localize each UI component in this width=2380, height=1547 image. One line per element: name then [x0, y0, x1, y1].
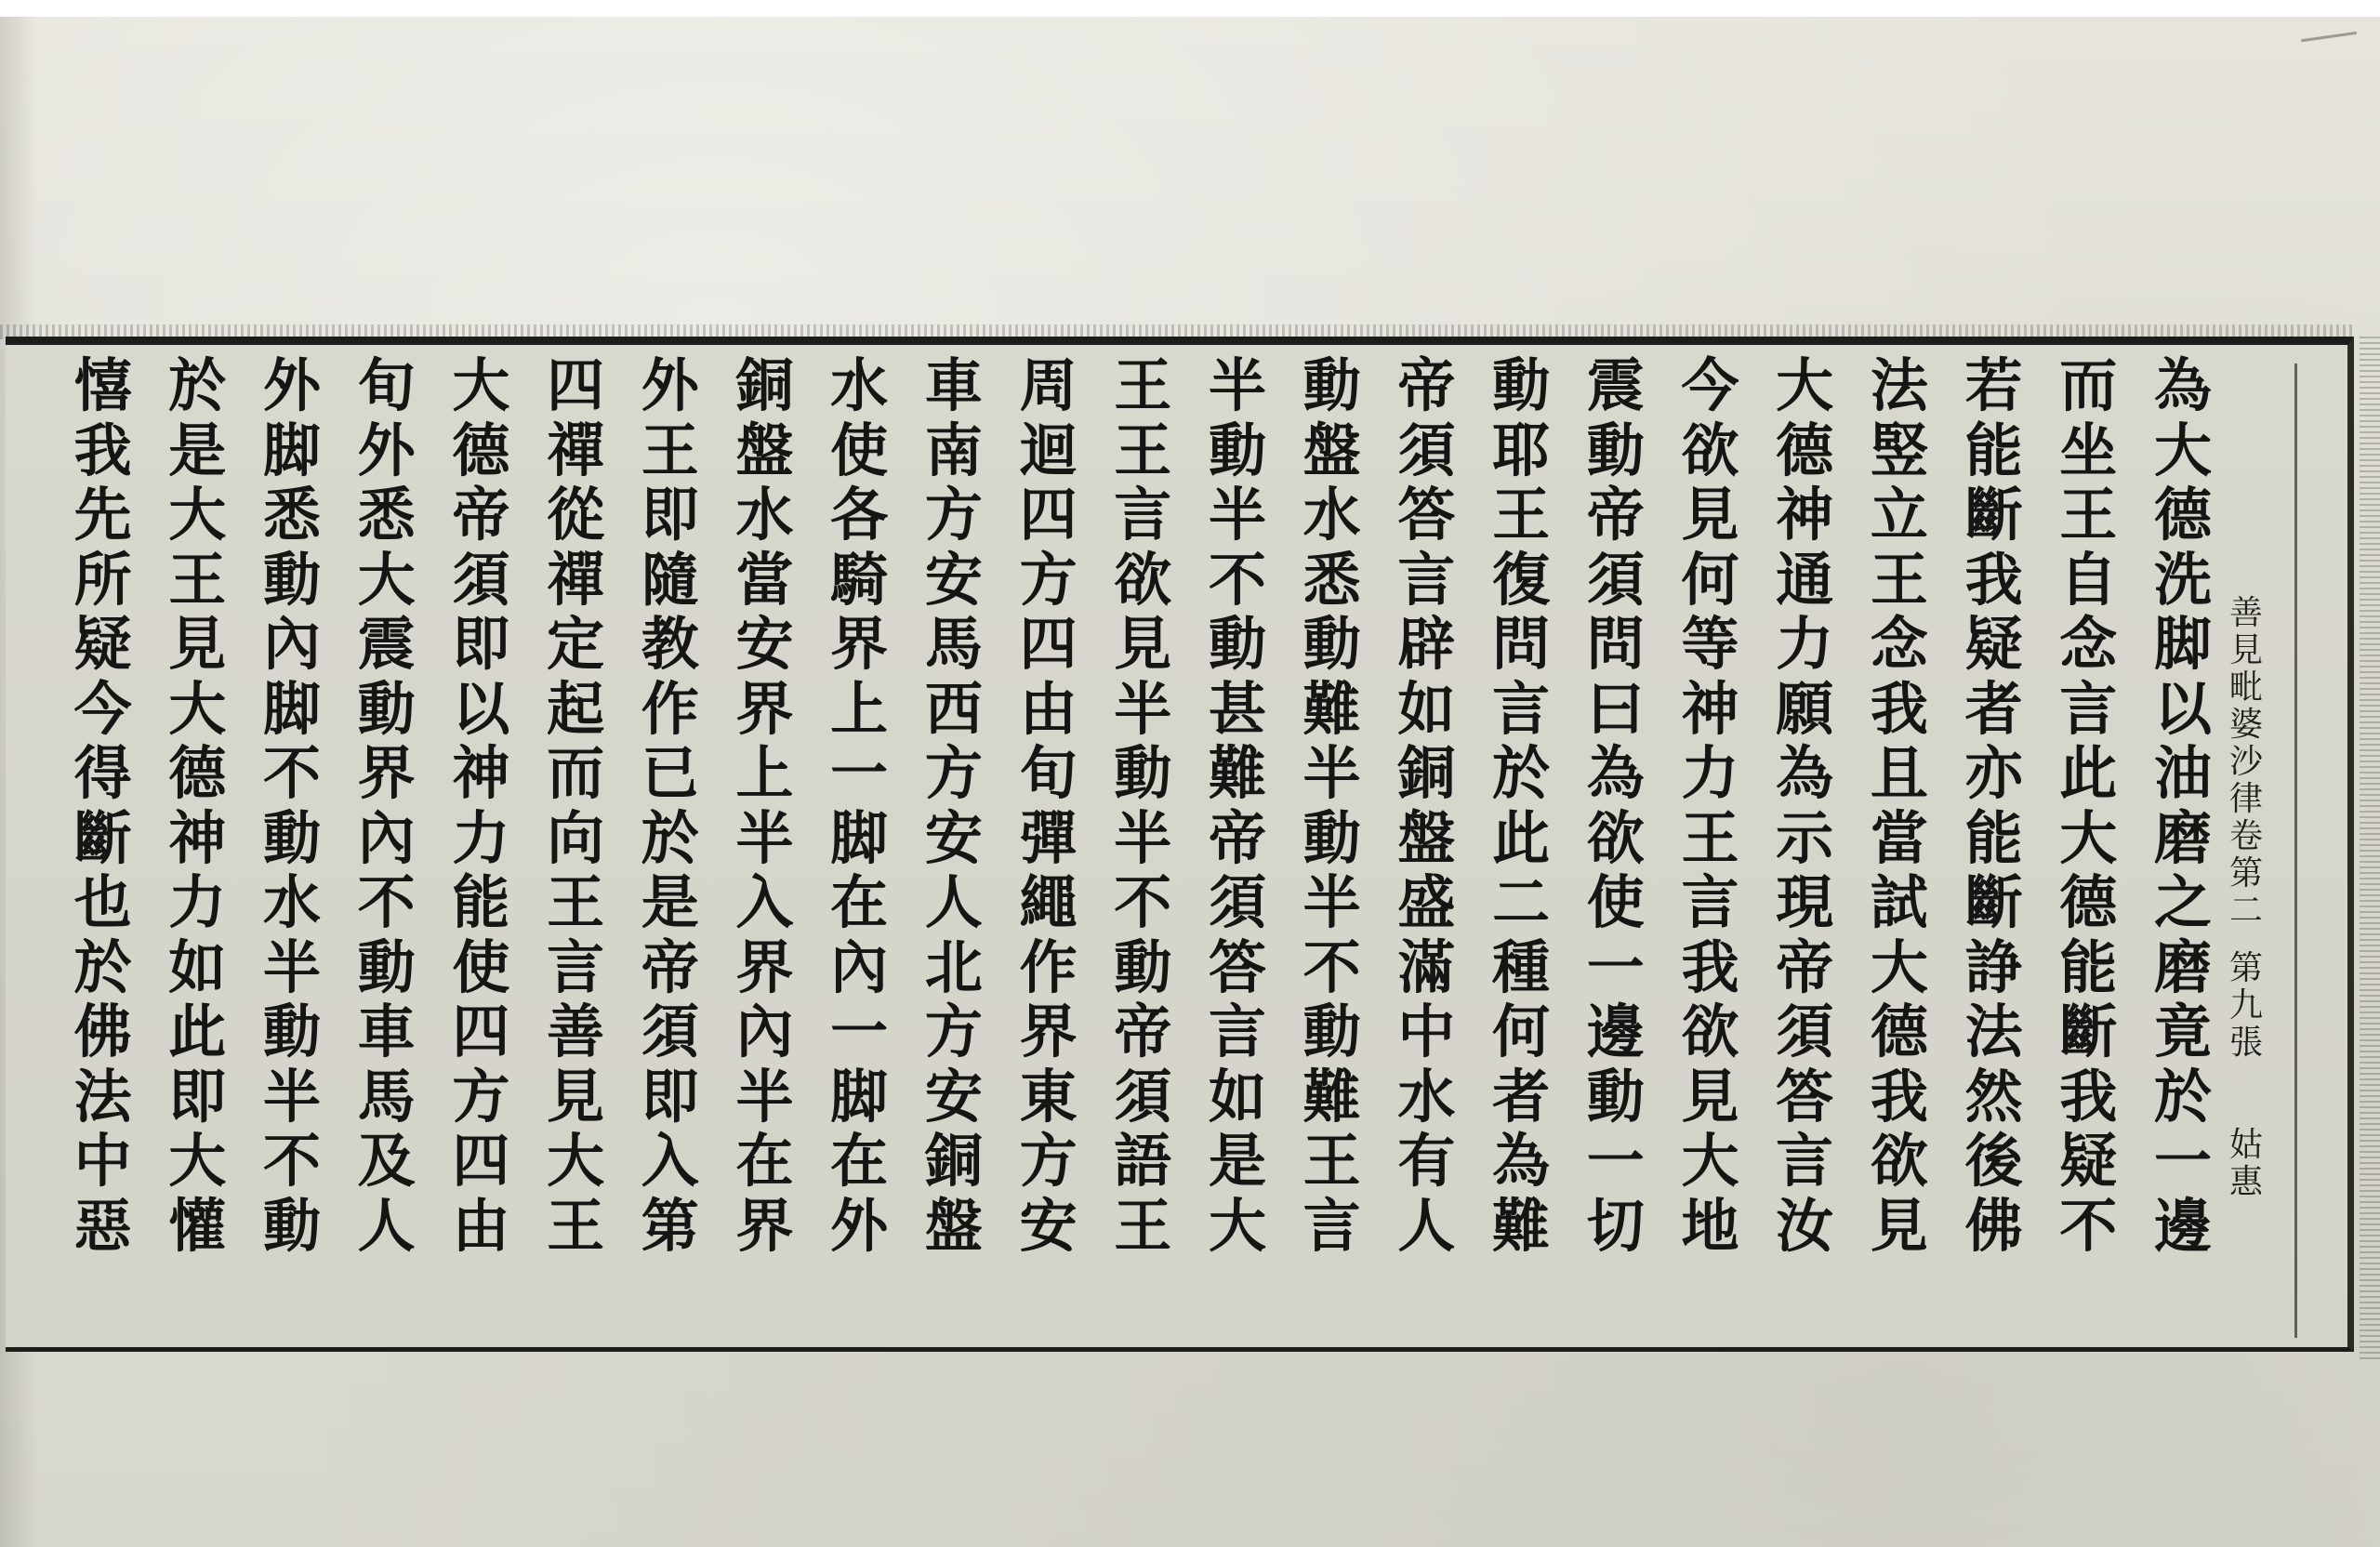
character: 帝: [443, 483, 518, 548]
character: 見: [1862, 1194, 1937, 1259]
character: 一: [2146, 1129, 2220, 1194]
character: 今: [1673, 353, 1748, 418]
character: 辟: [1389, 612, 1463, 677]
character: 外: [633, 353, 707, 418]
margin-engraver-mark: 姑惠: [2224, 1127, 2268, 1201]
character: 立: [1862, 483, 1937, 548]
character: 在: [728, 1129, 802, 1194]
character: 方: [1011, 1129, 1086, 1194]
character: 力: [1673, 741, 1748, 806]
character: 安: [1011, 1194, 1086, 1259]
character: 復: [1484, 548, 1558, 613]
character: 不: [1105, 870, 1180, 935]
character: 答: [1767, 1064, 1842, 1130]
character: 且: [1862, 741, 1937, 806]
character: 惡: [66, 1194, 140, 1259]
character: 憘: [66, 353, 140, 418]
character: 大: [1673, 1129, 1748, 1194]
character: 即: [633, 483, 707, 548]
margin-rule: [2294, 364, 2297, 1338]
character: 所: [66, 548, 140, 613]
character: 我: [1862, 1064, 1937, 1130]
character: 不: [2051, 1194, 2125, 1259]
character: 何: [1484, 999, 1558, 1064]
character: 使: [1579, 870, 1653, 935]
character: 震: [350, 612, 424, 677]
character: 我: [66, 418, 140, 483]
character: 界: [822, 612, 896, 677]
character: 王: [1295, 1129, 1369, 1194]
character: 外: [255, 353, 329, 418]
character: 界: [728, 935, 802, 1000]
character: 如: [1389, 677, 1463, 742]
character: 疑: [1957, 612, 2031, 677]
text-column: 而坐王自念言此大德能斷我疑不: [2051, 353, 2125, 1258]
character: 自: [2051, 548, 2125, 613]
margin-character: 二: [2224, 892, 2268, 930]
character: 大: [2051, 806, 2125, 871]
character: 第: [633, 1194, 707, 1259]
right-edge-border: [2360, 337, 2380, 1359]
character: 磨: [2146, 935, 2220, 1000]
character: 禪: [538, 418, 613, 483]
character: 悉: [1295, 548, 1369, 613]
character: 言: [1389, 548, 1463, 613]
character: 內: [728, 999, 802, 1064]
character: 見: [1673, 1064, 1748, 1130]
character: 帝: [633, 935, 707, 1000]
character: 後: [1957, 1129, 2031, 1194]
character: 大: [350, 548, 424, 613]
character: 者: [1484, 1064, 1558, 1130]
character: 脚: [255, 418, 329, 483]
character: 德: [443, 418, 518, 483]
corner-mark: [2301, 32, 2359, 55]
character: 悉: [255, 483, 329, 548]
character: 若: [1957, 353, 2031, 418]
character: 動: [1295, 612, 1369, 677]
character: 銅: [1389, 741, 1463, 806]
character: 一: [1579, 935, 1653, 1000]
character: 是: [1200, 1129, 1275, 1194]
character: 繩: [1011, 870, 1086, 935]
character: 各: [822, 483, 896, 548]
character: 動: [1579, 418, 1653, 483]
character: 須: [443, 548, 518, 613]
character: 南: [917, 418, 991, 483]
character: 為: [2146, 353, 2220, 418]
character: 汝: [1767, 1194, 1842, 1259]
character: 動: [1105, 935, 1180, 1000]
character: 力: [160, 870, 234, 935]
character: 念: [1862, 612, 1937, 677]
character: 通: [1767, 548, 1842, 613]
character: 半: [1200, 483, 1275, 548]
character: 我: [1673, 935, 1748, 1000]
character: 在: [822, 1129, 896, 1194]
character: 神: [1767, 483, 1842, 548]
character: 禪: [538, 548, 613, 613]
character: 言: [1200, 999, 1275, 1064]
character: 須: [1389, 418, 1463, 483]
character: 界: [728, 1194, 802, 1259]
text-column: 憘我先所疑今得斷也於佛法中惡: [66, 353, 140, 1258]
character: 於: [633, 806, 707, 871]
character: 中: [66, 1129, 140, 1194]
character: 動: [1579, 1064, 1653, 1130]
character: 脚: [255, 677, 329, 742]
character: 佛: [1957, 1194, 2031, 1259]
character: 當: [1862, 806, 1937, 871]
text-column: 大德神通力願為示現帝須答言汝: [1767, 353, 1842, 1258]
character: 懽: [160, 1194, 234, 1259]
character: 難: [1295, 1064, 1369, 1130]
character: 由: [443, 1194, 518, 1259]
character: 半: [255, 935, 329, 1000]
character: 作: [1011, 935, 1086, 1000]
character: 動: [1295, 806, 1369, 871]
character: 為: [1484, 1129, 1558, 1194]
character: 問: [1484, 612, 1558, 677]
character: 一: [822, 741, 896, 806]
character: 帝: [1767, 935, 1842, 1000]
character: 種: [1484, 935, 1558, 1000]
character: 銅: [917, 1129, 991, 1194]
character: 也: [66, 870, 140, 935]
text-column: 今欲見何等神力王言我欲見大地: [1673, 353, 1748, 1258]
margin-title-column: 善見毗婆沙律卷第二 第九張 姑惠: [2224, 595, 2268, 1201]
character: 力: [1767, 612, 1842, 677]
character: 教: [633, 612, 707, 677]
character: 動: [1295, 999, 1369, 1064]
character: 善: [538, 999, 613, 1064]
character: 人: [350, 1194, 424, 1259]
character: 斷: [1957, 483, 2031, 548]
character: 言: [1484, 677, 1558, 742]
character: 王: [160, 548, 234, 613]
margin-character: 律: [2224, 781, 2268, 818]
character: 大: [160, 677, 234, 742]
character: 王: [633, 418, 707, 483]
character: 於: [1484, 741, 1558, 806]
text-column: 震動帝須問曰為欲使一邊動一切: [1579, 353, 1653, 1258]
character: 動: [1295, 353, 1369, 418]
character: 斷: [1957, 870, 2031, 935]
text-column: 於是大王見大德神力如此即大懽: [160, 353, 234, 1258]
character: 車: [917, 353, 991, 418]
character: 亦: [1957, 741, 2031, 806]
character: 動: [1105, 741, 1180, 806]
character: 能: [443, 870, 518, 935]
character: 欲: [1673, 418, 1748, 483]
character: 盛: [1389, 870, 1463, 935]
character: 此: [2051, 741, 2125, 806]
character: 使: [822, 418, 896, 483]
character: 王: [1105, 353, 1180, 418]
character: 內: [350, 806, 424, 871]
character: 方: [917, 483, 991, 548]
character: 神: [443, 741, 518, 806]
text-column: 大德帝須即以神力能使四方四由: [443, 353, 518, 1258]
character: 向: [538, 806, 613, 871]
character: 斷: [2051, 999, 2125, 1064]
character: 內: [822, 935, 896, 1000]
character: 動: [255, 806, 329, 871]
character: 即: [160, 1064, 234, 1130]
character: 界: [728, 677, 802, 742]
character: 人: [1389, 1194, 1463, 1259]
margin-character: 卷: [2224, 818, 2268, 855]
character: 大: [1767, 353, 1842, 418]
character: 法: [1957, 999, 2031, 1064]
text-column: 若能斷我疑者亦能斷諍法然後佛: [1957, 353, 2031, 1258]
character: 為: [1767, 741, 1842, 806]
character: 德: [160, 741, 234, 806]
character: 能: [1957, 418, 2031, 483]
character: 油: [2146, 741, 2220, 806]
text-column: 車南方安馬西方安人北方安銅盤: [917, 353, 991, 1258]
character: 難: [1484, 1194, 1558, 1259]
character: 入: [728, 870, 802, 935]
margin-character: 惠: [2224, 1164, 2268, 1201]
character: 半: [1105, 806, 1180, 871]
character: 須: [1579, 548, 1653, 613]
character: 不: [1200, 548, 1275, 613]
character: 為: [1579, 741, 1653, 806]
character: 而: [2051, 353, 2125, 418]
character: 震: [1579, 353, 1653, 418]
character: 坐: [2051, 418, 2125, 483]
character: 法: [1862, 353, 1937, 418]
character: 王: [538, 1194, 613, 1259]
character: 答: [1389, 483, 1463, 548]
character: 水: [1295, 483, 1369, 548]
character: 王: [2051, 483, 2125, 548]
character: 中: [1389, 999, 1463, 1064]
text-column: 帝須答言辟如銅盤盛滿中水有人: [1389, 353, 1463, 1258]
character: 邊: [1579, 999, 1653, 1064]
margin-character: 見: [2224, 632, 2268, 669]
character: 在: [822, 870, 896, 935]
character: 於: [160, 353, 234, 418]
character: 竪: [1862, 418, 1937, 483]
character: 水: [255, 870, 329, 935]
character: 方: [917, 741, 991, 806]
character: 旬: [1011, 741, 1086, 806]
character: 西: [917, 677, 991, 742]
character: 王: [538, 870, 613, 935]
text-column: 半動半不動甚難帝須答言如是大: [1200, 353, 1275, 1258]
character: 及: [350, 1129, 424, 1194]
character: 脚: [2146, 612, 2220, 677]
character: 一: [822, 999, 896, 1064]
character: 大: [1862, 935, 1937, 1000]
character: 上: [728, 741, 802, 806]
character: 耶: [1484, 418, 1558, 483]
character: 水: [728, 483, 802, 548]
character: 旬: [350, 353, 424, 418]
character: 半: [728, 806, 802, 871]
character: 疑: [2051, 1129, 2125, 1194]
character: 德: [1862, 999, 1937, 1064]
character: 四: [443, 1129, 518, 1194]
character: 北: [917, 935, 991, 1000]
character: 方: [443, 1064, 518, 1130]
character: 半: [1295, 741, 1369, 806]
character: 等: [1673, 612, 1748, 677]
character: 邊: [2146, 1194, 2220, 1259]
character: 見: [1105, 612, 1180, 677]
character: 安: [917, 806, 991, 871]
character: 德: [2146, 483, 2220, 548]
character: 以: [443, 677, 518, 742]
character: 我: [1862, 677, 1937, 742]
character: 入: [633, 1129, 707, 1194]
text-column: 周迴四方四由旬彈繩作界東方安: [1011, 353, 1086, 1258]
character: 今: [66, 677, 140, 742]
margin-character: 第: [2224, 855, 2268, 892]
character: 答: [1200, 935, 1275, 1000]
character: 定: [538, 612, 613, 677]
character: 動: [255, 548, 329, 613]
character: 王: [1484, 483, 1558, 548]
character: 欲: [1673, 999, 1748, 1064]
character: 有: [1389, 1129, 1463, 1194]
character: 念: [2051, 612, 2125, 677]
character: 周: [1011, 353, 1086, 418]
character: 半: [1105, 677, 1180, 742]
character: 帝: [1389, 353, 1463, 418]
character: 四: [1011, 612, 1086, 677]
character: 脚: [822, 1064, 896, 1130]
character: 此: [1484, 806, 1558, 871]
character: 水: [1389, 1064, 1463, 1130]
character: 如: [1200, 1064, 1275, 1130]
character: 馬: [917, 612, 991, 677]
character: 言: [1767, 1129, 1842, 1194]
character: 銅: [728, 353, 802, 418]
character: 作: [633, 677, 707, 742]
character: 動: [1484, 353, 1558, 418]
character: 言: [538, 935, 613, 1000]
character: 者: [1957, 677, 2031, 742]
margin-character: 毗: [2224, 669, 2268, 707]
text-column: 法竪立王念我且當試大德我欲見: [1862, 353, 1937, 1258]
margin-character: 沙: [2224, 744, 2268, 781]
character: 於: [2146, 1064, 2220, 1130]
character: 欲: [1105, 548, 1180, 613]
character: 何: [1673, 548, 1748, 613]
character: 言: [2051, 677, 2125, 742]
character: 四: [1011, 483, 1086, 548]
character: 示: [1767, 806, 1842, 871]
margin-character: 婆: [2224, 707, 2268, 744]
text-column: 動耶王復問言於此二種何者為難: [1484, 353, 1558, 1258]
character: 內: [255, 612, 329, 677]
character: 車: [350, 999, 424, 1064]
character: 以: [2146, 677, 2220, 742]
character: 須: [633, 999, 707, 1064]
character: 已: [633, 741, 707, 806]
character: 半: [1200, 353, 1275, 418]
character: 界: [350, 741, 424, 806]
character: 上: [822, 677, 896, 742]
character: 王: [1105, 418, 1180, 483]
character: 四: [443, 999, 518, 1064]
character: 一: [1579, 1129, 1653, 1194]
margin-character: 第: [2224, 950, 2268, 987]
character: 欲: [1862, 1129, 1937, 1194]
character: 動: [350, 935, 424, 1000]
character: 大: [1200, 1194, 1275, 1259]
character: 方: [917, 999, 991, 1064]
text-column: 四禪從禪定起而向王言善見大王: [538, 353, 613, 1258]
character: 界: [1011, 999, 1086, 1064]
margin-sheet-number: 第九張: [2224, 950, 2268, 1062]
character: 大: [2146, 418, 2220, 483]
character: 從: [538, 483, 613, 548]
margin-book-title: 善見毗婆沙律卷第二: [2224, 595, 2268, 930]
character: 半: [1295, 870, 1369, 935]
character: 外: [822, 1194, 896, 1259]
character: 法: [66, 1064, 140, 1130]
character: 須: [1767, 999, 1842, 1064]
character: 之: [2146, 870, 2220, 935]
character: 滿: [1389, 935, 1463, 1000]
character: 王: [1673, 806, 1748, 871]
text-column: 外王即隨教作已於是帝須即入第: [633, 353, 707, 1258]
character: 即: [633, 1064, 707, 1130]
character: 不: [350, 870, 424, 935]
character: 大: [443, 353, 518, 418]
character: 外: [350, 418, 424, 483]
character: 王: [1105, 1194, 1180, 1259]
character: 於: [66, 935, 140, 1000]
character: 悉: [350, 483, 424, 548]
character: 斷: [66, 806, 140, 871]
character: 難: [1200, 741, 1275, 806]
character: 大: [160, 483, 234, 548]
margin-character: 善: [2224, 595, 2268, 632]
character: 王: [1862, 548, 1937, 613]
character: 迴: [1011, 418, 1086, 483]
character: 先: [66, 483, 140, 548]
character: 現: [1767, 870, 1842, 935]
character: 二: [1484, 870, 1558, 935]
character: 而: [538, 741, 613, 806]
character: 不: [255, 741, 329, 806]
character: 見: [1673, 483, 1748, 548]
character: 由: [1011, 677, 1086, 742]
character: 即: [443, 612, 518, 677]
text-column: 外脚悉動內脚不動水半動半不動: [255, 353, 329, 1258]
character: 得: [66, 741, 140, 806]
character: 問: [1579, 612, 1653, 677]
character: 諍: [1957, 935, 2031, 1000]
character: 起: [538, 677, 613, 742]
character: 力: [443, 806, 518, 871]
character: 帝: [1579, 483, 1653, 548]
character: 動: [1200, 418, 1275, 483]
character: 使: [443, 935, 518, 1000]
character: 半: [728, 1064, 802, 1130]
character: 帝: [1200, 806, 1275, 871]
character: 大: [160, 1129, 234, 1194]
text-column: 旬外悉大震動界內不動車馬及人: [350, 353, 424, 1258]
character: 盤: [1295, 418, 1369, 483]
text-column: 動盤水悉動難半動半不動難王言: [1295, 353, 1369, 1258]
character: 言: [1105, 483, 1180, 548]
